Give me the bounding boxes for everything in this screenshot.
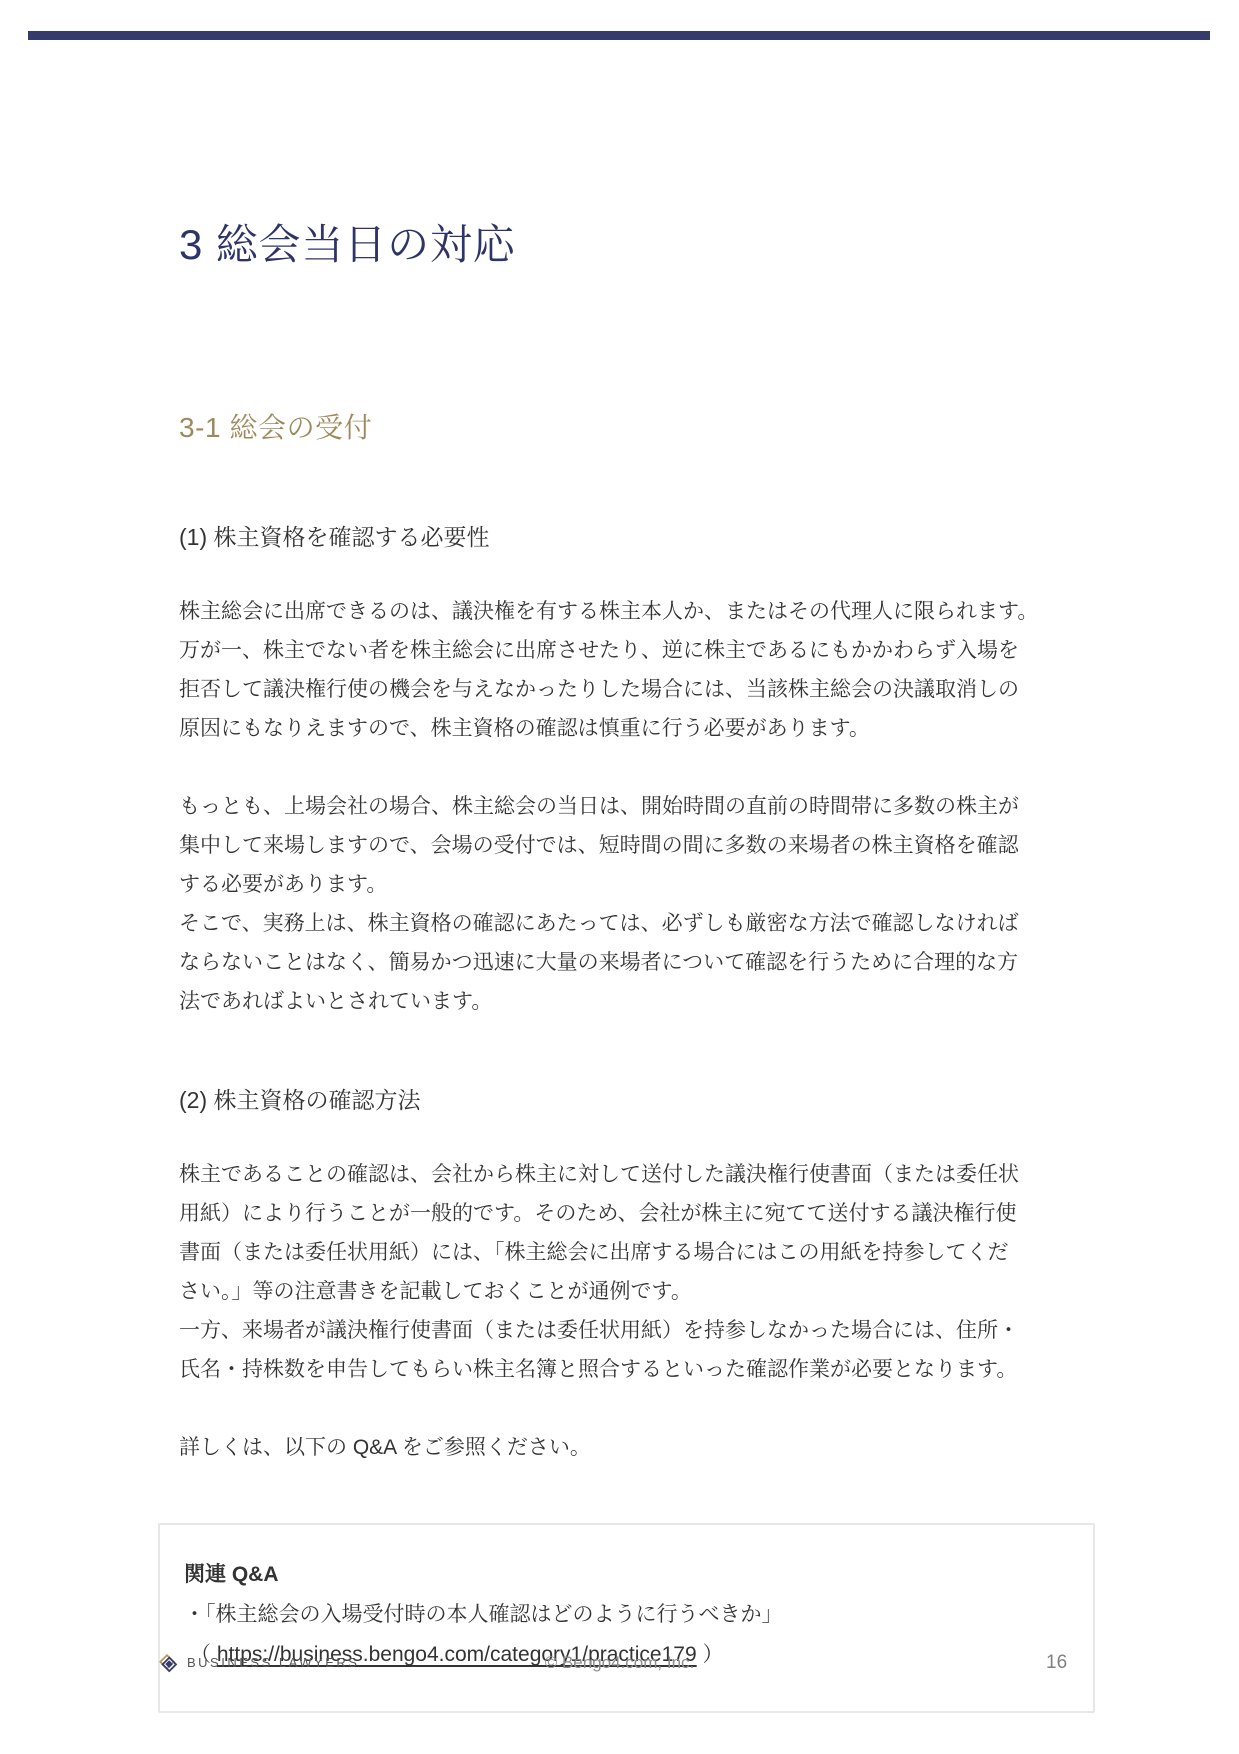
subsection-1-paragraph-2: もっとも、上場会社の場合、株主総会の当日は、開始時間の直前の時間帯に多数の株主が… (179, 787, 1085, 1021)
related-qa-title: 関連 Q&A (184, 1555, 1069, 1595)
related-qa-box: 関連 Q&A ・「株主総会の入場受付時の本人確認はどのように行うべきか」 （ h… (158, 1523, 1095, 1713)
chapter-title: 3 総会当日の対応 (179, 218, 1085, 272)
subsection-1-heading: (1) 株主資格を確認する必要性 (179, 522, 1085, 552)
page-content: 3 総会当日の対応 3-1 総会の受付 (1) 株主資格を確認する必要性 株主総… (179, 0, 1085, 1713)
qa-reference-note: 詳しくは、以下の Q&A をご参照ください。 (179, 1428, 1085, 1467)
footer-page-number: 16 (1046, 1652, 1067, 1674)
related-qa-item: ・「株主総会の入場受付時の本人確認はどのように行うべきか」 (184, 1595, 1069, 1635)
subsection-2-heading: (2) 株主資格の確認方法 (179, 1085, 1085, 1115)
subsection-2-paragraph-1: 株主であることの確認は、会社から株主に対して送付した議決権行使書面（または委任状… (179, 1155, 1085, 1389)
section-heading: 3-1 総会の受付 (179, 410, 1085, 446)
subsection-1-paragraph-1: 株主総会に出席できるのは、議決権を有する株主本人か、またはその代理人に限られます… (179, 592, 1085, 748)
document-page: 3 総会当日の対応 3-1 総会の受付 (1) 株主資格を確認する必要性 株主総… (0, 0, 1239, 1754)
